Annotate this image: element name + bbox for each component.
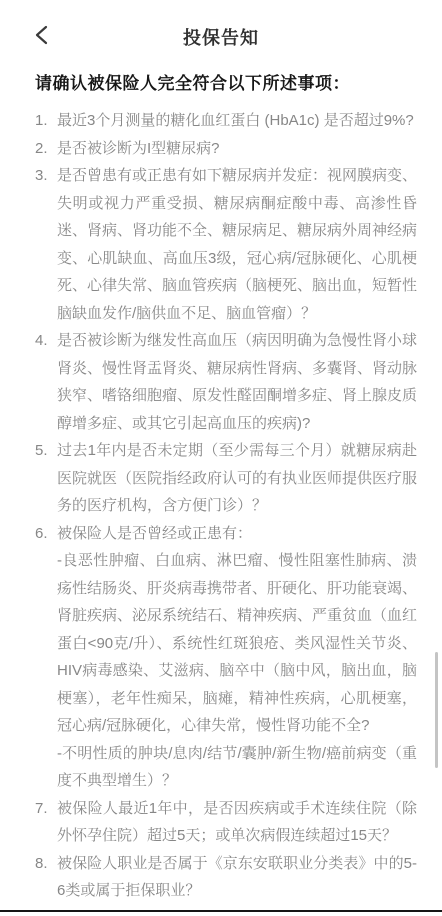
item-text: 是否被诊断为继发性高血压（病因明确为急慢性肾小球肾炎、慢性肾盂肾炎、糖尿病性肾病…	[57, 327, 417, 437]
item-number: 8.	[35, 850, 57, 878]
notice-item-5: 5. 过去1年内是否未定期（至少需每三个月）就糖尿病赴医院就医（医院指经政府认可…	[0, 437, 442, 520]
notice-item-6: 6. 被保险人是否曾经或正患有： -良恶性肿瘤、白血病、淋巴瘤、慢性阻塞性肺病、…	[0, 520, 442, 795]
page-title: 投保告知	[0, 24, 442, 50]
item-number: 2.	[35, 135, 57, 163]
item-text: 最近3个月测量的糖化血红蛋白 (HbA1c) 是否超过9%?	[57, 107, 417, 135]
confirm-heading: 请确认被保险人完全符合以下所述事项：	[35, 72, 408, 96]
notice-item-2: 2. 是否被诊断为I型糖尿病?	[0, 135, 442, 163]
item-number: 3.	[35, 162, 57, 190]
insurance-notice-page: 投保告知 请确认被保险人完全符合以下所述事项： 1. 最近3个月测量的糖化血红蛋…	[0, 0, 442, 916]
item-text: 被保险人职业是否属于《京东安联职业分类表》中的5-6类或属于拒保职业？	[57, 850, 417, 905]
scrollbar-thumb[interactable]	[435, 652, 438, 768]
item-text: 被保险人是否曾经或正患有： -良恶性肿瘤、白血病、淋巴瘤、慢性阻塞性肺病、溃疡性…	[57, 520, 417, 795]
notice-content: 请确认被保险人完全符合以下所述事项： 1. 最近3个月测量的糖化血红蛋白 (Hb…	[0, 72, 442, 905]
item-number: 1.	[35, 107, 57, 135]
item-text: 过去1年内是否未定期（至少需每三个月）就糖尿病赴医院就医（医院指经政府认可的有执…	[57, 437, 417, 520]
item-number: 7.	[35, 795, 57, 823]
item-text: 被保险人最近1年中，是否因疾病或手术连续住院（除外怀孕住院）超过5天；或单次病假…	[57, 795, 417, 850]
notice-item-1: 1. 最近3个月测量的糖化血红蛋白 (HbA1c) 是否超过9%?	[0, 107, 442, 135]
notice-list: 1. 最近3个月测量的糖化血红蛋白 (HbA1c) 是否超过9%? 2. 是否被…	[0, 107, 442, 905]
notice-item-3: 3. 是否曾患有或正患有如下糖尿病并发症：视网膜病变、失明或视力严重受损、糖尿病…	[0, 162, 442, 327]
notice-item-4: 4. 是否被诊断为继发性高血压（病因明确为急慢性肾小球肾炎、慢性肾盂肾炎、糖尿病…	[0, 327, 442, 437]
item-number: 4.	[35, 327, 57, 355]
notice-item-8: 8. 被保险人职业是否属于《京东安联职业分类表》中的5-6类或属于拒保职业？	[0, 850, 442, 905]
navbar: 投保告知	[0, 0, 442, 58]
item-text: 是否曾患有或正患有如下糖尿病并发症：视网膜病变、失明或视力严重受损、糖尿病酮症酸…	[57, 162, 417, 327]
bottom-edge-line	[0, 910, 442, 912]
item-number: 5.	[35, 437, 57, 465]
notice-item-7: 7. 被保险人最近1年中，是否因疾病或手术连续住院（除外怀孕住院）超过5天；或单…	[0, 795, 442, 850]
item-number: 6.	[35, 520, 57, 548]
item-text: 是否被诊断为I型糖尿病?	[57, 135, 417, 163]
